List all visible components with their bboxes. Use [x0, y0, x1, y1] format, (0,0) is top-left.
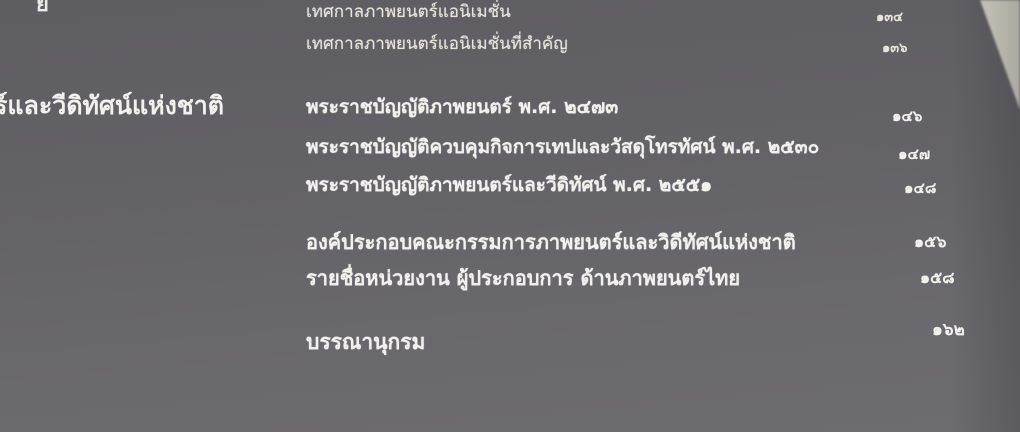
toc-entry-title: รายชื่อหน่วยงาน ผู้ประกอบการ ด้านภาพยนตร…: [306, 262, 740, 294]
toc-entry-title: พระราชบัญญัติควบคุมกิจการเทปและวัสดุโทรท…: [306, 132, 819, 162]
toc-entry-title: พระราชบัญญัติภาพยนตร์ พ.ศ. ๒๔๗๓: [306, 92, 618, 122]
toc-entry-title: เทศกาลภาพยนตร์แอนิเมชั่นที่สำคัญ: [306, 30, 568, 57]
toc-entry-page: ๑๖๒: [932, 316, 965, 343]
cut-off-heading-fragment: ย์: [36, 0, 49, 21]
toc-entry-page: ๑๔๗: [898, 142, 930, 166]
toc-entry-title: องค์ประกอบคณะกรรมการภาพยนตร์และวิดีทัศน์…: [306, 226, 796, 258]
toc-entry-page: ๑๕๖: [914, 230, 946, 255]
toc-entry-page: ๑๔๖: [892, 104, 922, 128]
toc-entry-page: ๑๓๖: [882, 37, 907, 58]
toc-entry-title: เทศกาลภาพยนตร์แอนิเมชั่น: [306, 0, 511, 25]
toc-entry-page: ๑๔๘: [904, 176, 936, 200]
toc-entry-page: ๑๕๘: [920, 266, 955, 291]
section-heading: ร์และวีดิทัศน์แห่งชาติ: [0, 86, 224, 126]
toc-entry-title: พระราชบัญญัติภาพยนตร์และวีดิทัศน์ พ.ศ. ๒…: [306, 170, 712, 200]
toc-entry-page: ๑๓๔: [876, 6, 903, 27]
page-shadow: [950, 0, 1020, 432]
toc-entry-title: บรรณานุกรม: [306, 326, 425, 359]
